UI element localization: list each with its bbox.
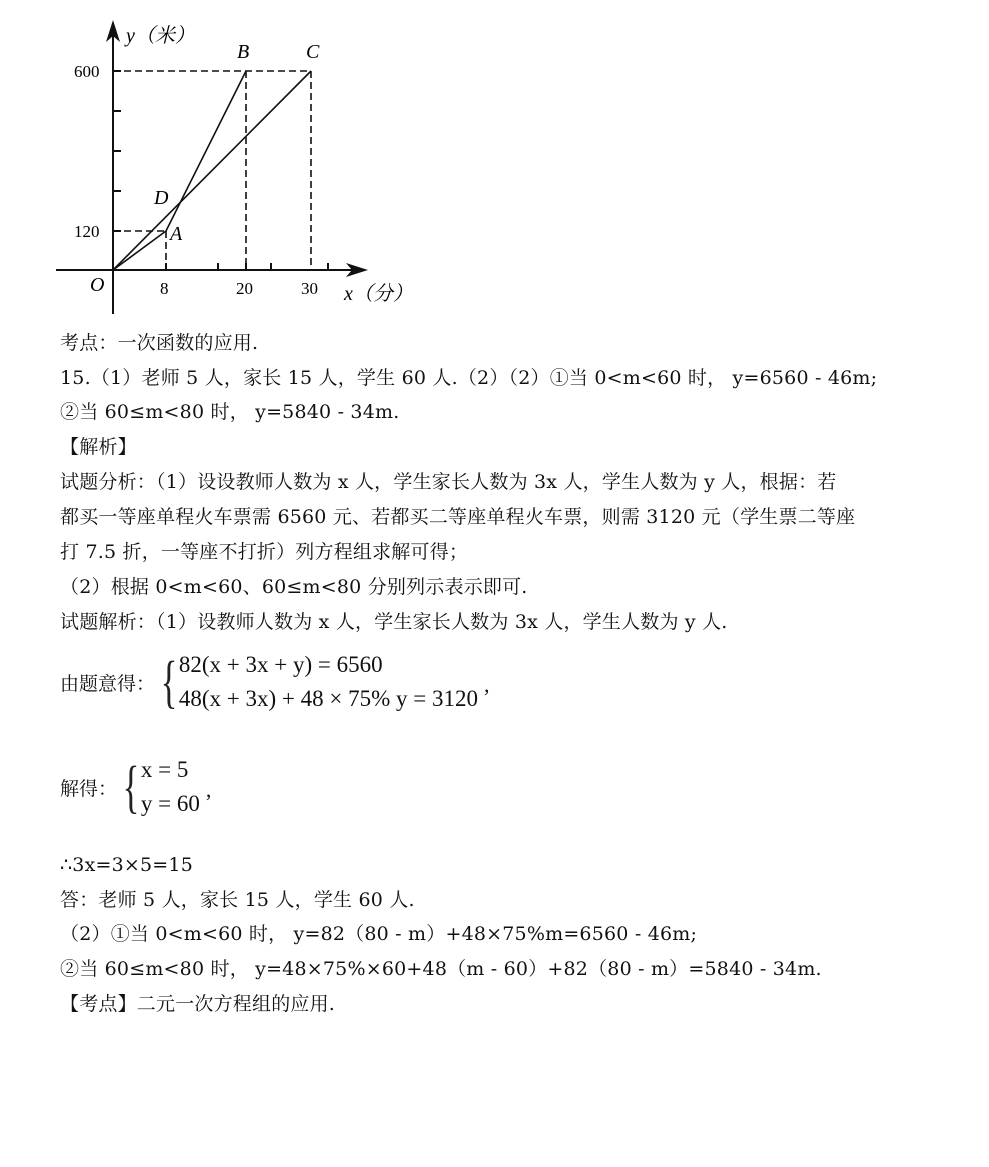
analysis-line2: 都买一等座单程火车票需 6560 元、若都买二等座单程火车票，则需 3120 元… xyxy=(60,505,855,529)
point-b-label: B xyxy=(237,41,249,63)
system1-equation-1: 82(x + 3x + y) = 6560 xyxy=(179,652,478,678)
jiexi-header: 【解析】 xyxy=(60,435,137,459)
kaodian-equation-system: 【考点】二元一次方程组的应用. xyxy=(60,992,335,1016)
answer-line: 答：老师 5 人，家长 15 人，学生 60 人. xyxy=(60,888,415,912)
system2-label: 解得： xyxy=(60,774,117,801)
left-brace-icon: { xyxy=(161,653,178,711)
point-c-label: C xyxy=(306,41,320,63)
part2-line2: ②当 60≤m<80 时， y=48×75%×60+48（m - 60）+82（… xyxy=(60,957,822,981)
system1-label: 由题意得： xyxy=(60,669,155,696)
system2-equation-2: y = 60 xyxy=(141,791,200,817)
part2-line1: （2）①当 0<m<60 时， y=82（80 - m）+48×75%m=656… xyxy=(60,922,697,946)
x-axis-label: x（分） xyxy=(343,283,406,305)
x-tick-20: 20 xyxy=(236,279,253,298)
system2-comma: , xyxy=(206,777,212,803)
equation-system-2: 解得： { x = 5 y = 60 , xyxy=(60,757,211,817)
system1-equation-2: 48(x + 3x) + 48 × 75% y = 3120 xyxy=(179,686,478,712)
y-tick-120: 120 xyxy=(74,222,100,241)
x-tick-30: 30 xyxy=(301,279,318,298)
x-tick-8: 8 xyxy=(160,279,169,298)
function-graph: y（米） x（分） O 600 120 8 20 30 B C D A xyxy=(56,18,406,318)
analysis-line3: 打 7.5 折，一等座不打折）列方程组求解可得； xyxy=(60,540,468,564)
analysis-line4: （2）根据 0<m<60、60≤m<80 分别列示表示即可. xyxy=(60,575,528,599)
origin-label: O xyxy=(90,274,104,296)
analysis-line1: 试题分析：（1）设设教师人数为 x 人，学生家长人数为 3x 人，学生人数为 y… xyxy=(60,470,836,494)
system2-equation-1: x = 5 xyxy=(141,757,200,783)
equation-system-1: 由题意得： { 82(x + 3x + y) = 6560 48(x + 3x)… xyxy=(60,652,489,712)
kaodian-function: 考点：一次函数的应用. xyxy=(60,331,258,355)
point-d-label: D xyxy=(153,187,169,209)
solution-line1: 试题解析：（1）设教师人数为 x 人，学生家长人数为 3x 人，学生人数为 y … xyxy=(60,610,728,634)
system1-comma: , xyxy=(484,672,490,698)
q15-answer-line2: ②当 60≤m<80 时， y=5840 - 34m. xyxy=(60,400,399,424)
left-brace-icon: { xyxy=(123,758,140,816)
point-a-label: A xyxy=(168,223,183,245)
therefore-line: ∴3x=3×5=15 xyxy=(60,853,193,877)
y-axis-label: y（米） xyxy=(124,25,195,47)
y-tick-600: 600 xyxy=(74,62,100,81)
q15-answer-line1: 15.（1）老师 5 人，家长 15 人，学生 60 人.（2）（2）①当 0<… xyxy=(60,366,877,390)
